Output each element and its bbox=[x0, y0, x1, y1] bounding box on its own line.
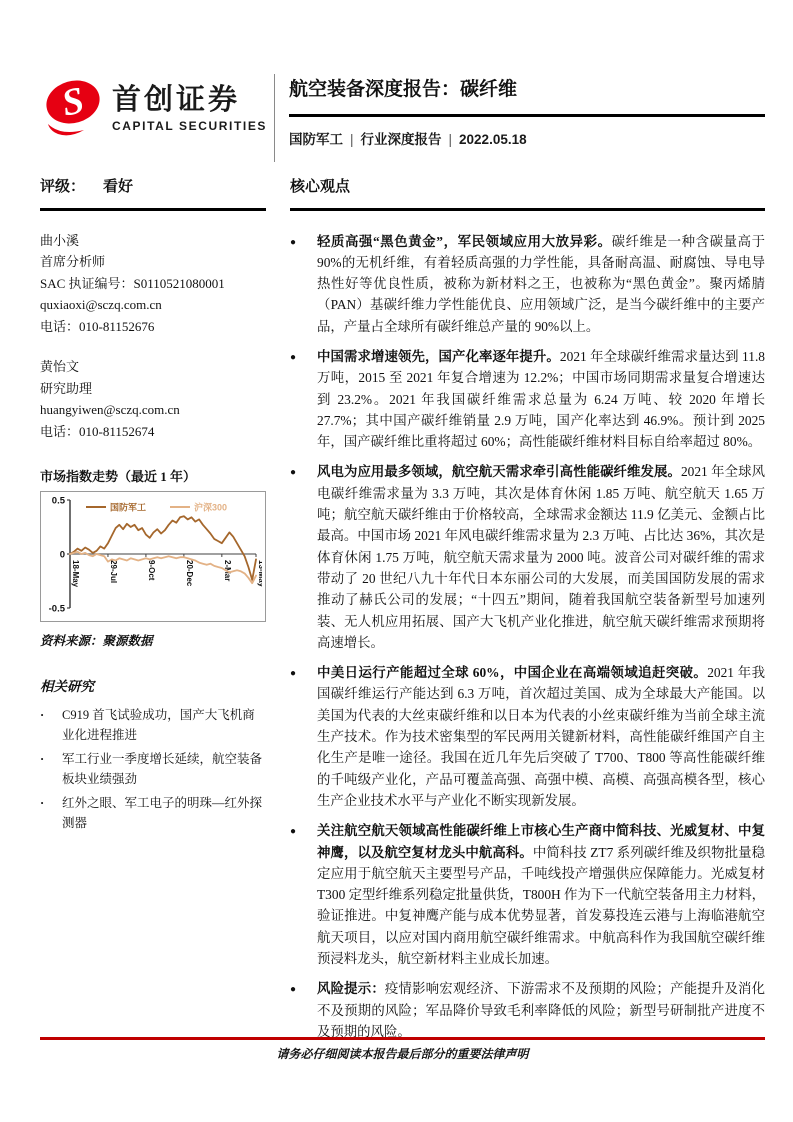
analyst-title: 首席分析师 bbox=[40, 251, 266, 273]
related-research-text: 军工行业一季度增长延续，航空装备板块业绩强劲 bbox=[62, 749, 266, 789]
core-views-rule bbox=[290, 208, 765, 211]
analyst-title: 研究助理 bbox=[40, 378, 266, 400]
report-header: S 首创证券 CAPITAL SECURITIES 航空装备深度报告：碳纤维 国… bbox=[40, 72, 765, 162]
core-point-item: ●中国需求增速领先，国产化率逐年提升。2021 年全球碳纤维需求量达到 11.8… bbox=[290, 346, 765, 452]
analyst-email: huangyiwen@sczq.com.cn bbox=[40, 399, 266, 421]
report-title: 航空装备深度报告：碳纤维 bbox=[289, 78, 765, 102]
rating-label: 评级： bbox=[40, 178, 85, 195]
bullet-icon: ● bbox=[290, 820, 317, 969]
x-tick-label: 18-May bbox=[71, 560, 80, 588]
core-point-text: 风险提示：疫情影响宏观经济、下游需求不及预期的风险；产能提升及消化不及预期的风险… bbox=[317, 978, 765, 1042]
capital-securities-logo-icon: S bbox=[40, 72, 106, 144]
chart-source: 资料来源：聚源数据 bbox=[40, 631, 266, 649]
core-point-text: 中美日运行产能超过全球 60%，中国企业在高端领域追赶突破。2021 年我国碳纤… bbox=[317, 662, 765, 811]
related-research-list: ·C919 首飞试验成功，国产大飞机商业化进程推进·军工行业一季度增长延续，航空… bbox=[40, 705, 266, 833]
y-tick-label: -0.5 bbox=[49, 604, 66, 615]
legal-disclaimer: 请务必仔细阅读本报告最后部分的重要法律声明 bbox=[40, 1045, 765, 1062]
core-point-item: ●风电为应用最多领域，航空航天需求牵引高性能碳纤维发展。2021 年全球风电碳纤… bbox=[290, 461, 765, 653]
core-point-text: 关注航空航天领域高性能碳纤维上市核心生产商中简科技、光威复材、中复神鹰，以及航空… bbox=[317, 820, 765, 969]
logo-text: 首创证券 CAPITAL SECURITIES bbox=[112, 84, 267, 133]
core-point-item: ●轻质高强“黑色黄金”，军民领域应用大放异彩。碳纤维是一种含碳量高于 90%的无… bbox=[290, 231, 765, 337]
core-point-item: ●中美日运行产能超过全球 60%，中国企业在高端领域追赶突破。2021 年我国碳… bbox=[290, 662, 765, 811]
report-subtitle: 国防军工|行业深度报告|2022.05.18 bbox=[289, 128, 765, 148]
analyst-block-2: 黄怡文 研究助理 huangyiwen@sczq.com.cn 电话：010-8… bbox=[40, 356, 266, 442]
core-point-lead: 风电为应用最多领域，航空航天需求牵引高性能碳纤维发展。 bbox=[317, 464, 681, 479]
rating-rule bbox=[40, 208, 266, 211]
core-point-lead: 中国需求增速领先，国产化率逐年提升。 bbox=[317, 349, 560, 364]
bullet-icon: ● bbox=[290, 346, 317, 452]
analyst-cert: SAC 执证编号：S0110521080001 bbox=[40, 273, 266, 295]
core-point-lead: 关注航空航天领域高性能碳纤维上市核心生产商中简科技、光威复材、中复神鹰，以及航空… bbox=[317, 823, 765, 859]
y-tick-label: 0.5 bbox=[52, 496, 66, 507]
x-tick-label: 9-Oct bbox=[147, 560, 156, 581]
core-views-heading: 核心观点 bbox=[290, 178, 765, 196]
analyst-name: 曲小溪 bbox=[40, 230, 266, 252]
chart-title: 市场指数走势（最近 1 年） bbox=[40, 466, 266, 485]
core-views-list: ●轻质高强“黑色黄金”，军民领域应用大放异彩。碳纤维是一种含碳量高于 90%的无… bbox=[290, 231, 765, 1043]
analyst-block-1: 曲小溪 首席分析师 SAC 执证编号：S0110521080001 quxiao… bbox=[40, 230, 266, 338]
subtitle-separator: | bbox=[350, 132, 354, 147]
related-research-item: ·C919 首飞试验成功，国产大飞机商业化进程推进 bbox=[40, 705, 266, 745]
report-type-label: 行业深度报告 bbox=[361, 132, 442, 147]
footer-rule bbox=[40, 1037, 765, 1040]
related-research-title: 相关研究 bbox=[40, 675, 266, 695]
bullet-icon: ● bbox=[290, 978, 317, 1042]
core-point-lead: 中美日运行产能超过全球 60%，中国企业在高端领域追赶突破。 bbox=[317, 665, 707, 680]
industry-label: 国防军工 bbox=[289, 132, 343, 147]
analyst-name: 黄怡文 bbox=[40, 356, 266, 378]
related-research-item: ·红外之眼、军工电子的明珠—红外探测器 bbox=[40, 793, 266, 833]
core-point-text: 中国需求增速领先，国产化率逐年提升。2021 年全球碳纤维需求量达到 11.8 … bbox=[317, 346, 765, 452]
logo-name-en: CAPITAL SECURITIES bbox=[112, 119, 267, 133]
page-footer: 请务必仔细阅读本报告最后部分的重要法律声明 bbox=[40, 1037, 765, 1062]
title-block: 航空装备深度报告：碳纤维 国防军工|行业深度报告|2022.05.18 bbox=[289, 72, 765, 148]
sidebar: 评级：看好 曲小溪 首席分析师 SAC 执证编号：S0110521080001 … bbox=[40, 178, 266, 1051]
analyst-phone: 电话：010-81152674 bbox=[40, 421, 266, 443]
related-research-text: 红外之眼、军工电子的明珠—红外探测器 bbox=[62, 793, 266, 833]
bullet-icon: ● bbox=[290, 231, 317, 337]
market-index-chart: 0.50-0.518-May29-Jul9-Oct20-Dec2-Mar13-M… bbox=[40, 491, 266, 622]
line-chart-svg: 0.50-0.518-May29-Jul9-Oct20-Dec2-Mar13-M… bbox=[42, 494, 262, 614]
report-page: S 首创证券 CAPITAL SECURITIES 航空装备深度报告：碳纤维 国… bbox=[0, 0, 793, 1122]
related-research-item: ·军工行业一季度增长延续，航空装备板块业绩强劲 bbox=[40, 749, 266, 789]
header-divider bbox=[274, 74, 275, 162]
x-tick-label: 13-May bbox=[257, 560, 262, 588]
analyst-email: quxiaoxi@sczq.com.cn bbox=[40, 294, 266, 316]
y-tick-label: 0 bbox=[60, 550, 65, 561]
bullet-icon: ● bbox=[290, 662, 317, 811]
content-columns: 评级：看好 曲小溪 首席分析师 SAC 执证编号：S0110521080001 … bbox=[40, 178, 765, 1051]
related-research-text: C919 首飞试验成功，国产大飞机商业化进程推进 bbox=[62, 705, 266, 745]
list-dot-icon: · bbox=[40, 793, 62, 833]
company-logo: S 首创证券 CAPITAL SECURITIES bbox=[40, 72, 268, 144]
bullet-icon: ● bbox=[290, 461, 317, 653]
list-dot-icon: · bbox=[40, 705, 62, 745]
legend-label: 国防军工 bbox=[110, 502, 146, 513]
x-tick-label: 20-Dec bbox=[185, 560, 194, 587]
core-point-item: ●关注航空航天领域高性能碳纤维上市核心生产商中简科技、光威复材、中复神鹰，以及航… bbox=[290, 820, 765, 969]
core-point-lead: 风险提示： bbox=[317, 981, 385, 996]
core-point-lead: 轻质高强“黑色黄金”，军民领域应用大放异彩。 bbox=[317, 234, 612, 249]
legend-label: 沪深300 bbox=[194, 502, 227, 513]
rating-line: 评级：看好 bbox=[40, 178, 266, 196]
list-dot-icon: · bbox=[40, 749, 62, 789]
subtitle-separator: | bbox=[449, 132, 453, 147]
rating-value: 看好 bbox=[103, 178, 133, 195]
logo-name-cn: 首创证券 bbox=[112, 84, 267, 116]
core-point-item: ●风险提示：疫情影响宏观经济、下游需求不及预期的风险；产能提升及消化不及预期的风… bbox=[290, 978, 765, 1042]
title-rule bbox=[289, 114, 765, 117]
analyst-phone: 电话：010-81152676 bbox=[40, 316, 266, 338]
core-views-section: 核心观点 ●轻质高强“黑色黄金”，军民领域应用大放异彩。碳纤维是一种含碳量高于 … bbox=[290, 178, 765, 1051]
report-date: 2022.05.18 bbox=[459, 132, 527, 147]
core-point-text: 风电为应用最多领域，航空航天需求牵引高性能碳纤维发展。2021 年全球风电碳纤维… bbox=[317, 461, 765, 653]
core-point-text: 轻质高强“黑色黄金”，军民领域应用大放异彩。碳纤维是一种含碳量高于 90%的无机… bbox=[317, 231, 765, 337]
x-tick-label: 29-Jul bbox=[109, 560, 118, 583]
